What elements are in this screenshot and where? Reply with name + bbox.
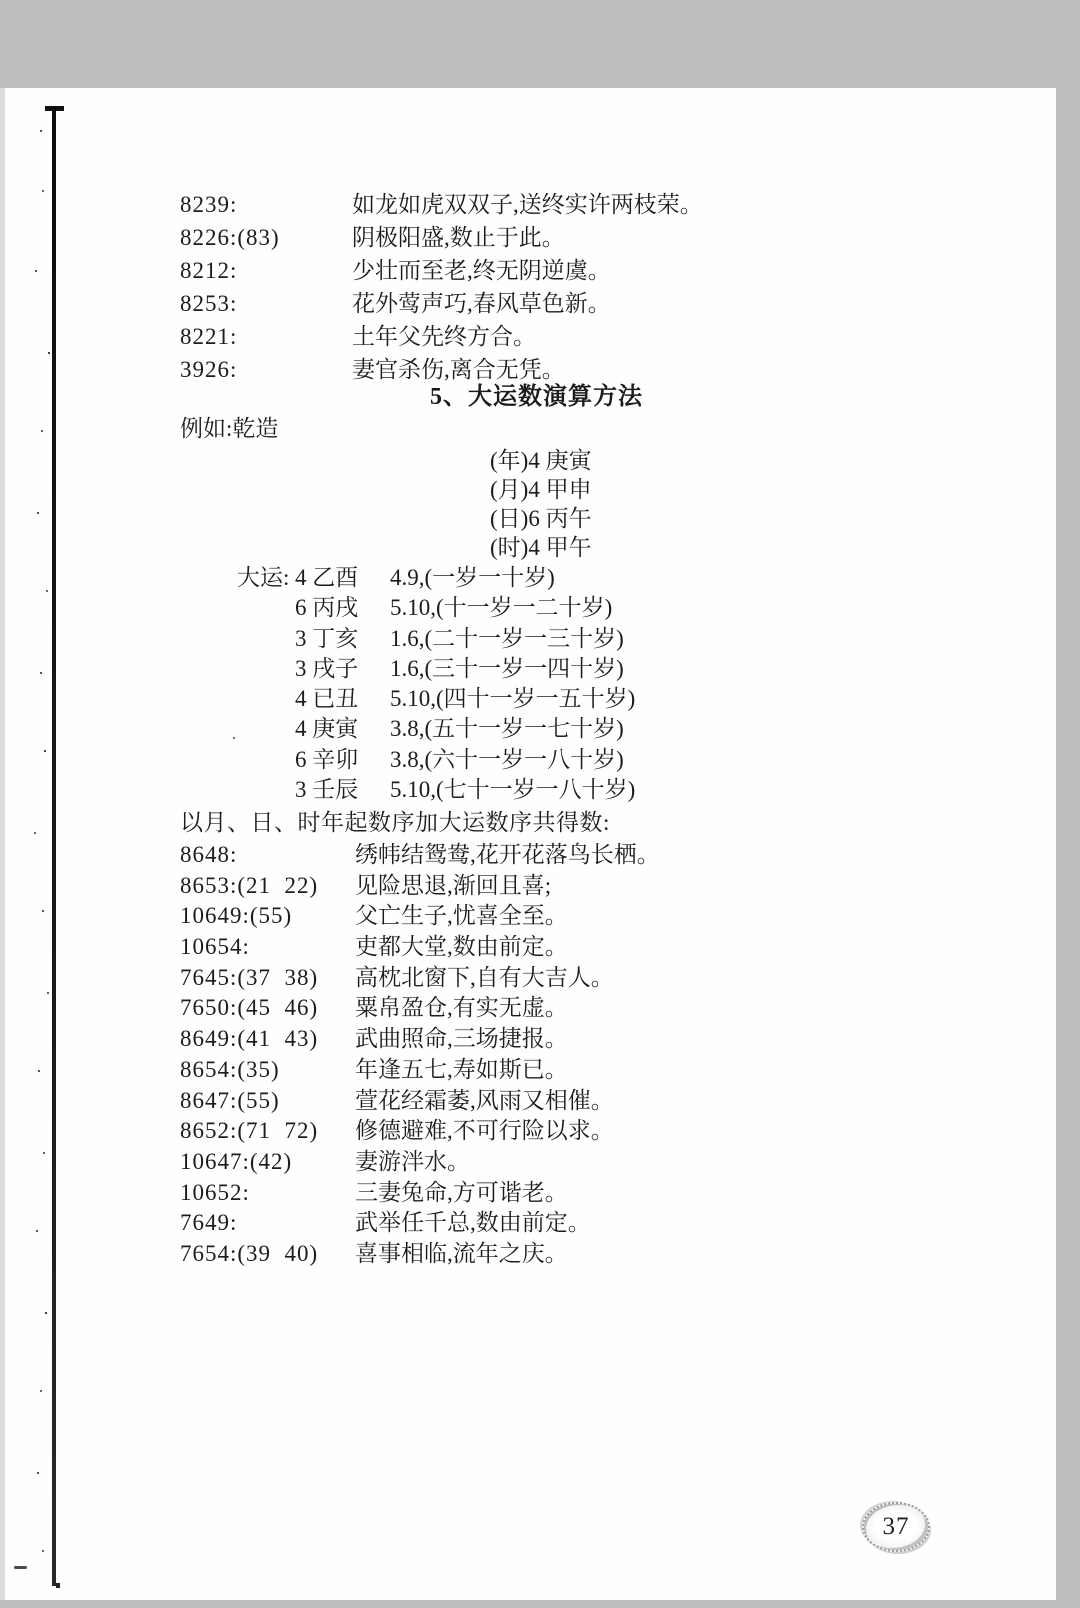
entry-verse: 高枕北窗下,自有大吉人。 xyxy=(355,963,614,994)
entry-number: 8648: xyxy=(180,840,237,871)
dayun-stem-branch: 3 丁亥 xyxy=(295,624,358,654)
entry-row: 8653:(21 22) 见险思退,渐回且喜; xyxy=(180,871,900,902)
entry-verse: 年逢五七,寿如斯已。 xyxy=(355,1055,568,1086)
dayun-age-range: 5.10,(十一岁一二十岁) xyxy=(390,593,612,623)
dayun-age-range: 3.8,(五十一岁一七十岁) xyxy=(390,714,624,744)
dayun-row: 6 辛卯 3.8,(六十一岁一八十岁) xyxy=(180,745,880,775)
scan-speckles xyxy=(40,130,42,132)
entry-verse: 吏都大堂,数由前定。 xyxy=(355,932,568,963)
entry-row: 8649:(41 43) 武曲照命,三场捷报。 xyxy=(180,1024,900,1055)
scan-edge-strip xyxy=(0,88,5,1600)
entry-number: 8221: xyxy=(180,320,237,353)
entry-row: 8654:(35) 年逢五七,寿如斯已。 xyxy=(180,1055,900,1086)
dayun-stem-branch: 6 辛卯 xyxy=(295,745,358,775)
entry-row: 10652: 三妻兔命,方可谐老。 xyxy=(180,1178,900,1209)
entry-row: 8212: 少壮而至老,终无阴逆虞。 xyxy=(180,254,900,287)
entry-number: 3926: xyxy=(180,353,237,386)
method-note: 以月、日、时年起数序加大运数序共得数: xyxy=(180,806,610,839)
entry-number: 10654: xyxy=(180,932,250,963)
entry-row: 10647:(42) 妻游泮水。 xyxy=(180,1147,900,1178)
entry-number: 10647:(42) xyxy=(180,1147,292,1178)
binding-line xyxy=(52,106,56,1586)
pillar-line: (日)6 丙午 xyxy=(490,504,592,533)
entry-number: 8653:(21 22) xyxy=(180,871,318,902)
dayun-row: 3 丁亥 1.6,(二十一岁一三十岁) xyxy=(180,624,880,654)
entry-verse: 阴极阳盛,数止于此。 xyxy=(352,221,565,254)
entry-row: 10654: 吏都大堂,数由前定。 xyxy=(180,932,900,963)
entry-verse: 花外莺声巧,春风草色新。 xyxy=(352,287,611,320)
example-label: 例如:乾造 xyxy=(180,412,278,445)
entry-row: 8647:(55) 萱花经霜萎,风雨又相催。 xyxy=(180,1086,900,1117)
entry-verse: 三妻兔命,方可谐老。 xyxy=(355,1178,568,1209)
entry-row: 8226:(83) 阴极阳盛,数止于此。 xyxy=(180,221,900,254)
dayun-stem-branch: 6 丙戌 xyxy=(295,593,358,623)
page-number-smudge: 37 xyxy=(862,1502,930,1552)
dayun-age-range: 5.10,(四十一岁一五十岁) xyxy=(390,684,635,714)
entry-number: 7649: xyxy=(180,1208,237,1239)
entry-verse: 土年父先终方合。 xyxy=(352,320,536,353)
entry-verse: 妻游泮水。 xyxy=(355,1147,470,1178)
dayun-stem-branch: 3 壬辰 xyxy=(295,775,358,805)
four-pillars-list: (年)4 庚寅 (月)4 甲申 (日)6 丙午 (时)4 甲午 xyxy=(490,446,592,562)
entry-verse: 武举任千总,数由前定。 xyxy=(355,1208,591,1239)
entry-number: 10652: xyxy=(180,1178,250,1209)
entry-number: 8649:(41 43) xyxy=(180,1024,318,1055)
page-number: 37 xyxy=(883,1513,910,1541)
entry-row: 8253: 花外莺声巧,春风草色新。 xyxy=(180,287,900,320)
dayun-age-range: 1.6,(三十一岁一四十岁) xyxy=(390,654,624,684)
entry-number: 8654:(35) xyxy=(180,1055,280,1086)
entry-verse: 粟帛盈仓,有实无虚。 xyxy=(355,993,568,1024)
dayun-row: 6 丙戌 5.10,(十一岁一二十岁) xyxy=(180,593,880,623)
entry-row: 10649:(55) 父亡生子,忧喜全至。 xyxy=(180,901,900,932)
scan-dash-mark xyxy=(14,1566,27,1569)
entry-number: 8239: xyxy=(180,188,237,221)
dayun-row: 4 庚寅 3.8,(五十一岁一七十岁) xyxy=(180,714,880,744)
dayun-age-range: 5.10,(七十一岁一八十岁) xyxy=(390,775,635,805)
dayun-age-range: 3.8,(六十一岁一八十岁) xyxy=(390,745,624,775)
pillar-line: (年)4 庚寅 xyxy=(490,446,592,475)
entry-number: 8253: xyxy=(180,287,237,320)
entry-row: 8221: 土年父先终方合。 xyxy=(180,320,900,353)
dayun-row: 3 戌子 1.6,(三十一岁一四十岁) xyxy=(180,654,880,684)
entry-verse: 少壮而至老,终无阴逆虞。 xyxy=(352,254,611,287)
dayun-stem-branch: 3 戌子 xyxy=(295,654,358,684)
entry-verse: 喜事相临,流年之庆。 xyxy=(355,1239,568,1270)
entry-row: 7649: 武举任千总,数由前定。 xyxy=(180,1208,900,1239)
entry-row: 8239: 如龙如虎双双子,送终实许两枝荣。 xyxy=(180,188,900,221)
section-heading: 5、大运数演算方法 xyxy=(430,381,643,413)
entry-number: 7650:(45 46) xyxy=(180,993,318,1024)
dayun-stem-branch: 4 已丑 xyxy=(295,684,358,714)
binding-line-end-dot xyxy=(56,1583,60,1588)
entry-verse: 父亡生子,忧喜全至。 xyxy=(355,901,568,932)
dayun-stem-branch: 4 乙酉 xyxy=(295,563,358,593)
entry-row: 7650:(45 46) 粟帛盈仓,有实无虚。 xyxy=(180,993,900,1024)
entry-number: 8226:(83) xyxy=(180,221,280,254)
entry-row: 8652:(71 72) 修德避难,不可行险以求。 xyxy=(180,1116,900,1147)
dayun-age-range: 4.9,(一岁一十岁) xyxy=(390,563,555,593)
entry-verse: 修德避难,不可行险以求。 xyxy=(355,1116,614,1147)
entry-number: 8647:(55) xyxy=(180,1086,280,1117)
dayun-row: 3 壬辰 5.10,(七十一岁一八十岁) xyxy=(180,775,880,805)
dayun-row: 4 乙酉 4.9,(一岁一十岁) xyxy=(180,563,880,593)
entry-row: 8648: 绣帏结鸳鸯,花开花落鸟长栖。 xyxy=(180,840,900,871)
entry-verse: 绣帏结鸳鸯,花开花落鸟长栖。 xyxy=(355,840,660,871)
dayun-age-range: 1.6,(二十一岁一三十岁) xyxy=(390,624,624,654)
pillar-line: (时)4 甲午 xyxy=(490,533,592,562)
entry-verse: 武曲照命,三场捷报。 xyxy=(355,1024,568,1055)
entry-verse: 萱花经霜萎,风雨又相催。 xyxy=(355,1086,614,1117)
entry-row: 7654:(39 40) 喜事相临,流年之庆。 xyxy=(180,1239,900,1270)
top-entry-list: 8239: 如龙如虎双双子,送终实许两枝荣。 8226:(83) 阴极阳盛,数止… xyxy=(180,188,900,386)
pillar-line: (月)4 甲申 xyxy=(490,475,592,504)
entry-number: 10649:(55) xyxy=(180,901,292,932)
entry-verse: 如龙如虎双双子,送终实许两枝荣。 xyxy=(352,188,703,221)
entry-number: 7645:(37 38) xyxy=(180,963,318,994)
entry-verse: 见险思退,渐回且喜; xyxy=(355,871,551,902)
entry-number: 7654:(39 40) xyxy=(180,1239,318,1270)
entry-number: 8212: xyxy=(180,254,237,287)
entry-number: 8652:(71 72) xyxy=(180,1116,318,1147)
dayun-row: 4 已丑 5.10,(四十一岁一五十岁) xyxy=(180,684,880,714)
bottom-entry-list: 8648: 绣帏结鸳鸯,花开花落鸟长栖。 8653:(21 22) 见险思退,渐… xyxy=(180,840,900,1270)
dayun-table: 4 乙酉 4.9,(一岁一十岁) 6 丙戌 5.10,(十一岁一二十岁) 3 丁… xyxy=(180,563,880,805)
entry-row: 7645:(37 38) 高枕北窗下,自有大吉人。 xyxy=(180,963,900,994)
dayun-stem-branch: 4 庚寅 xyxy=(295,714,358,744)
